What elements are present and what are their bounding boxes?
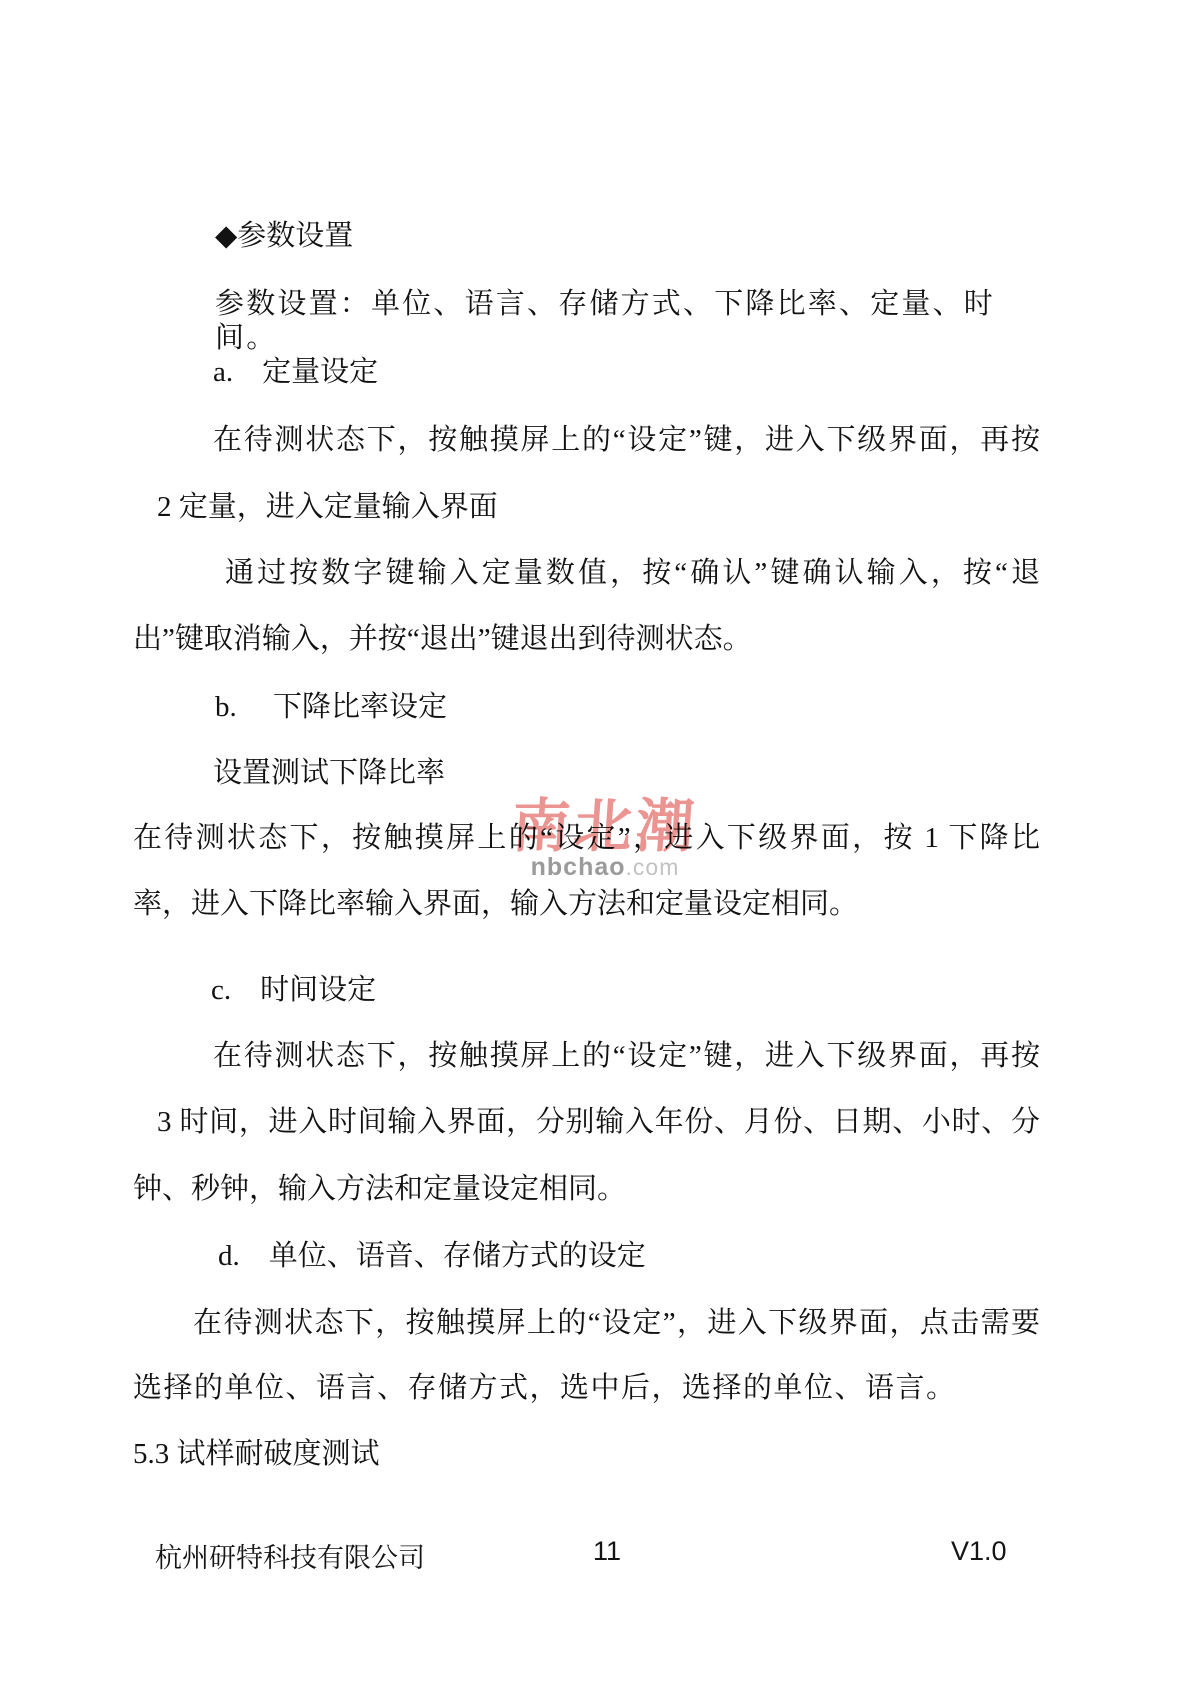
text-line: 选择的单位、语言、存储方式，选中后，选择的单位、语言。: [133, 1371, 1040, 1405]
watermark-domain-name: nbchao: [531, 853, 626, 881]
list-item-c-heading: c. 时间设定: [133, 973, 1040, 1007]
text-line: 3 时间，进入时间输入界面，分别输入年份、月份、日期、小时、分: [133, 1105, 1040, 1139]
text-line: 钟、秒钟，输入方法和定量设定相同。: [133, 1172, 1040, 1206]
list-item-d-heading: d. 单位、语音、存储方式的设定: [133, 1239, 1040, 1273]
watermark-domain-suffix: .com: [626, 854, 680, 880]
text-line: 在待测状态下，按触摸屏上的“设定”键，进入下级界面，再按: [133, 1039, 1040, 1073]
text-line: 在待测状态下，按触摸屏上的“设定”，进入下级界面，点击需要: [133, 1306, 1040, 1340]
footer-company: 杭州研特科技有限公司: [155, 1536, 425, 1575]
text-line: 2 定量，进入定量输入界面: [133, 490, 1040, 524]
section-heading-5-3: 5.3 试样耐破度测试: [133, 1437, 1040, 1471]
list-item-a-heading: a. 定量设定: [133, 355, 1040, 389]
text-line: 参数设置：单位、语言、存储方式、下降比率、定量、时间。: [133, 287, 1040, 355]
list-item-b-heading: b. 下降比率设定: [133, 690, 1040, 724]
text-line: 在待测状态下，按触摸屏上的“设定”键，进入下级界面，再按: [133, 423, 1040, 457]
watermark-domain: nbchao.com: [505, 854, 705, 880]
section-heading-parameter-settings: ◆参数设置: [133, 219, 1040, 253]
text-line: 设置测试下降比率: [133, 756, 1040, 790]
document-page: ◆参数设置 参数设置：单位、语言、存储方式、下降比率、定量、时间。 a. 定量设…: [0, 0, 1200, 1702]
text-line: 率，进入下降比率输入界面，输入方法和定量设定相同。: [133, 887, 1040, 921]
footer-page-number: 11: [593, 1536, 621, 1567]
text-line: 通过按数字键输入定量数值，按“确认”键确认输入，按“退: [133, 556, 1040, 590]
text-line: 在待测状态下，按触摸屏上的“设定”，进入下级界面，按 1 下降比: [133, 821, 1040, 855]
footer-version: V1.0: [951, 1536, 1007, 1567]
text-line: 出”键取消输入，并按“退出”键退出到待测状态。: [133, 622, 1040, 656]
